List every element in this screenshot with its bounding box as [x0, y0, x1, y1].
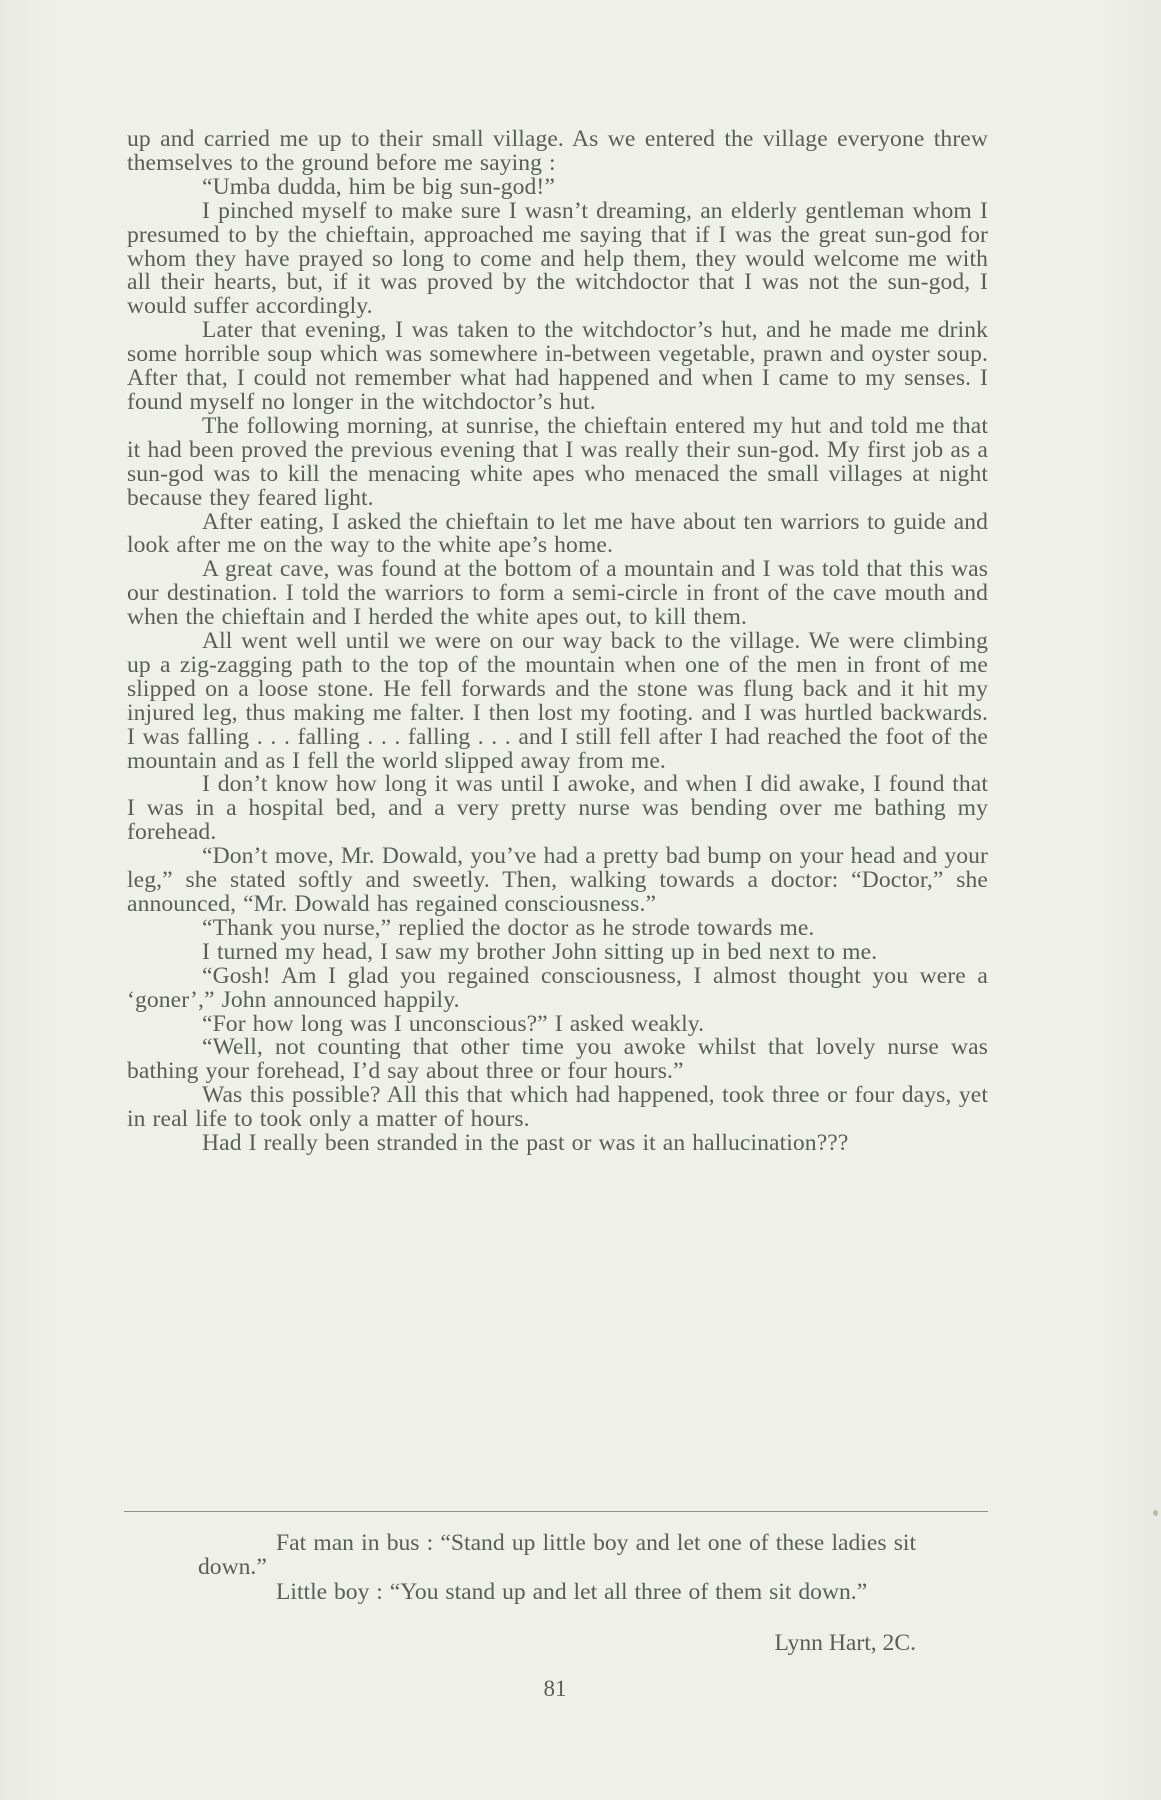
joke-line: Little boy : “You stand up and let all t…: [198, 1581, 916, 1605]
paper-speck: [1153, 1510, 1158, 1516]
paragraph: A great cave, was found at the bottom of…: [127, 558, 988, 630]
author-credit: Lynn Hart, 2C.: [774, 1630, 916, 1656]
paragraph: Later that evening, I was taken to the w…: [127, 319, 988, 415]
story-body: up and carried me up to their small vill…: [127, 128, 988, 1156]
paragraph: I don’t know how long it was until I awo…: [127, 773, 988, 845]
paragraph: “Umba dudda, him be big sun-god!”: [127, 176, 988, 200]
paragraph: up and carried me up to their small vill…: [127, 128, 988, 176]
paragraph: I turned my head, I saw my brother John …: [127, 941, 988, 965]
joke-filler: Fat man in bus : “Stand up little boy an…: [198, 1532, 916, 1607]
paragraph: Had I really been stranded in the past o…: [127, 1132, 988, 1156]
paragraph: All went well until we were on our way b…: [127, 630, 988, 773]
joke-line: Fat man in bus : “Stand up little boy an…: [198, 1532, 916, 1579]
paragraph: “Well, not counting that other time you …: [127, 1036, 988, 1084]
document-page: up and carried me up to their small vill…: [0, 0, 1161, 1800]
paragraph: “Don’t move, Mr. Dowald, you’ve had a pr…: [127, 845, 988, 917]
page-number: 81: [0, 1675, 1110, 1703]
paragraph: “Thank you nurse,” replied the doctor as…: [127, 917, 988, 941]
paragraph: “For how long was I unconscious?” I aske…: [127, 1013, 988, 1037]
paragraph: After eating, I asked the chieftain to l…: [127, 511, 988, 559]
paragraph: “Gosh! Am I glad you regained consciousn…: [127, 965, 988, 1013]
paragraph: The following morning, at sunrise, the c…: [127, 415, 988, 511]
paragraph: I pinched myself to make sure I wasn’t d…: [127, 200, 988, 320]
horizontal-rule-divider: [124, 1511, 988, 1512]
paragraph: Was this possible? All this that which h…: [127, 1084, 988, 1132]
